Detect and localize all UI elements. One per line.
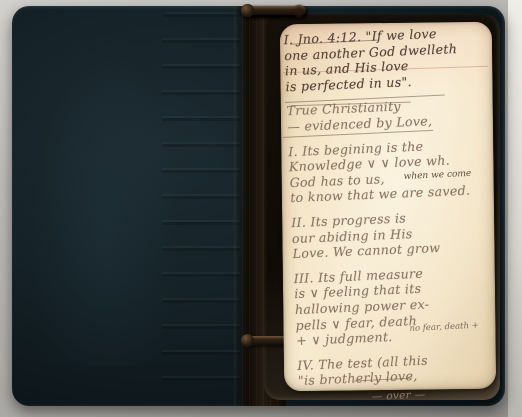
cover-fold-ridges <box>162 12 240 400</box>
handwritten-notes: I. Jno. 4:12. "If we love one another Go… <box>283 24 499 409</box>
scanned-photo: I. Jno. 4:12. "If we love one another Go… <box>0 0 522 417</box>
notebook-page: I. Jno. 4:12. "If we love one another Go… <box>280 22 496 392</box>
binder-ring <box>244 6 306 15</box>
notebook: I. Jno. 4:12. "If we love one another Go… <box>12 6 505 406</box>
left-cover <box>30 36 180 366</box>
scan-border-right <box>508 0 522 417</box>
handwriting-footer: — over — <box>298 384 498 408</box>
